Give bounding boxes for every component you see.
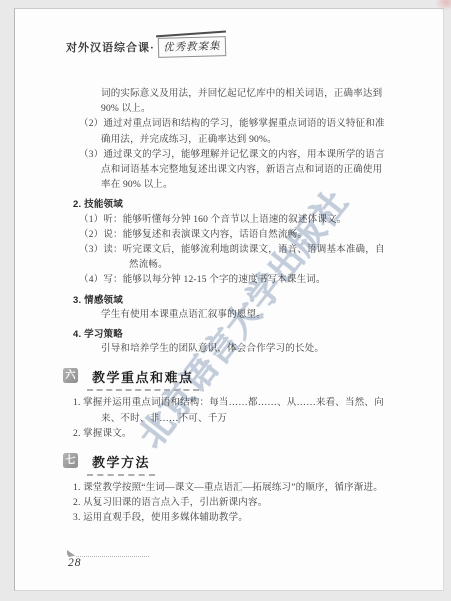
- section-number-badge: 七: [63, 453, 78, 468]
- section-title: 教学重点和难点: [87, 367, 199, 391]
- text-line: 90% 以上。: [101, 102, 443, 117]
- text-line: 来、不时、非……不可、千万: [101, 412, 443, 427]
- text-line: 2. 从复习旧课的语言点入手，引出新课内容。: [73, 496, 443, 511]
- series-title: 对外汉语综合课·: [66, 39, 155, 55]
- text-line: （4）写：能够以每分钟 12-15 个字的速度书写本课生词。: [79, 273, 443, 288]
- text-line: 1. 掌握并运用重点词语和结构：每当……都……、从……来看、当然、向: [73, 396, 443, 411]
- text-line: 然流畅。: [129, 258, 443, 273]
- body-content: 词的实际意义及用法，并回忆起记忆库中的相关词语，正确率达到90% 以上。（2）通…: [15, 87, 443, 527]
- text-line: （1）听：能够听懂每分钟 160 个音节以上语速的叙述体课文。: [79, 213, 443, 228]
- section-title: 教学方法: [87, 452, 155, 476]
- page-number: 28: [68, 557, 82, 569]
- text-line: 1. 课堂教学按照“生词—课文—重点语汇—拓展练习”的顺序，循序渐进。: [73, 481, 443, 496]
- section-number-badge: 六: [63, 368, 78, 383]
- handwritten-title-stamp: 优秀教案集: [157, 36, 225, 58]
- section-heading: 七教学方法: [63, 452, 443, 474]
- text-line: （3）读：听完课文后，能够流利地朗读课文，语音、语调基本准确，自: [79, 243, 443, 258]
- text-line: （2）说：能够复述和表演课文内容，话语自然流畅。: [79, 228, 443, 243]
- text-line: 词的实际意义及用法，并回忆起记忆库中的相关词语，正确率达到: [101, 87, 443, 102]
- text-line: 确用法，并完成练习，正确率达到 90%。: [101, 133, 443, 148]
- text-line: 引导和培养学生的团队意识，体会合作学习的长处。: [101, 342, 443, 357]
- text-line: （2）通过对重点词语和结构的学习，能够掌握重点词语的语义特征和准: [79, 117, 443, 132]
- text-line: 3. 运用直观手段，使用多媒体辅助教学。: [73, 511, 443, 526]
- text-line: 2. 掌握课文。: [73, 427, 443, 442]
- text-line: 点和词语基本完整地复述出课文内容，新语言点和词语的正确使用: [101, 163, 443, 178]
- scan-background: 北京语言大学出版社 对外汉语综合课· 优秀教案集 词的实际意义及用法，并回忆起记…: [0, 0, 451, 601]
- text-line: 学生有使用本课重点语汇叙事的愿望。: [101, 308, 443, 323]
- subheading: 3. 情感领域: [73, 293, 443, 308]
- footer-dotted-rule: [76, 556, 149, 557]
- text-line: （3）通过课文的学习，能够理解并记忆课文的内容，用本课所学的语言: [79, 148, 443, 163]
- page-corner-mark: [67, 550, 75, 557]
- book-page: 北京语言大学出版社 对外汉语综合课· 优秀教案集 词的实际意义及用法，并回忆起记…: [14, 8, 444, 591]
- subheading: 2. 技能领域: [73, 197, 443, 212]
- subheading: 4. 学习策略: [73, 327, 443, 342]
- title-stamp-wrap: 优秀教案集: [158, 37, 226, 57]
- text-line: 率在 90% 以上。: [101, 178, 443, 193]
- running-header: 对外汉语综合课· 优秀教案集: [66, 37, 225, 57]
- section-heading: 六教学重点和难点: [63, 367, 443, 389]
- scan-ink-smudge: [435, 0, 451, 11]
